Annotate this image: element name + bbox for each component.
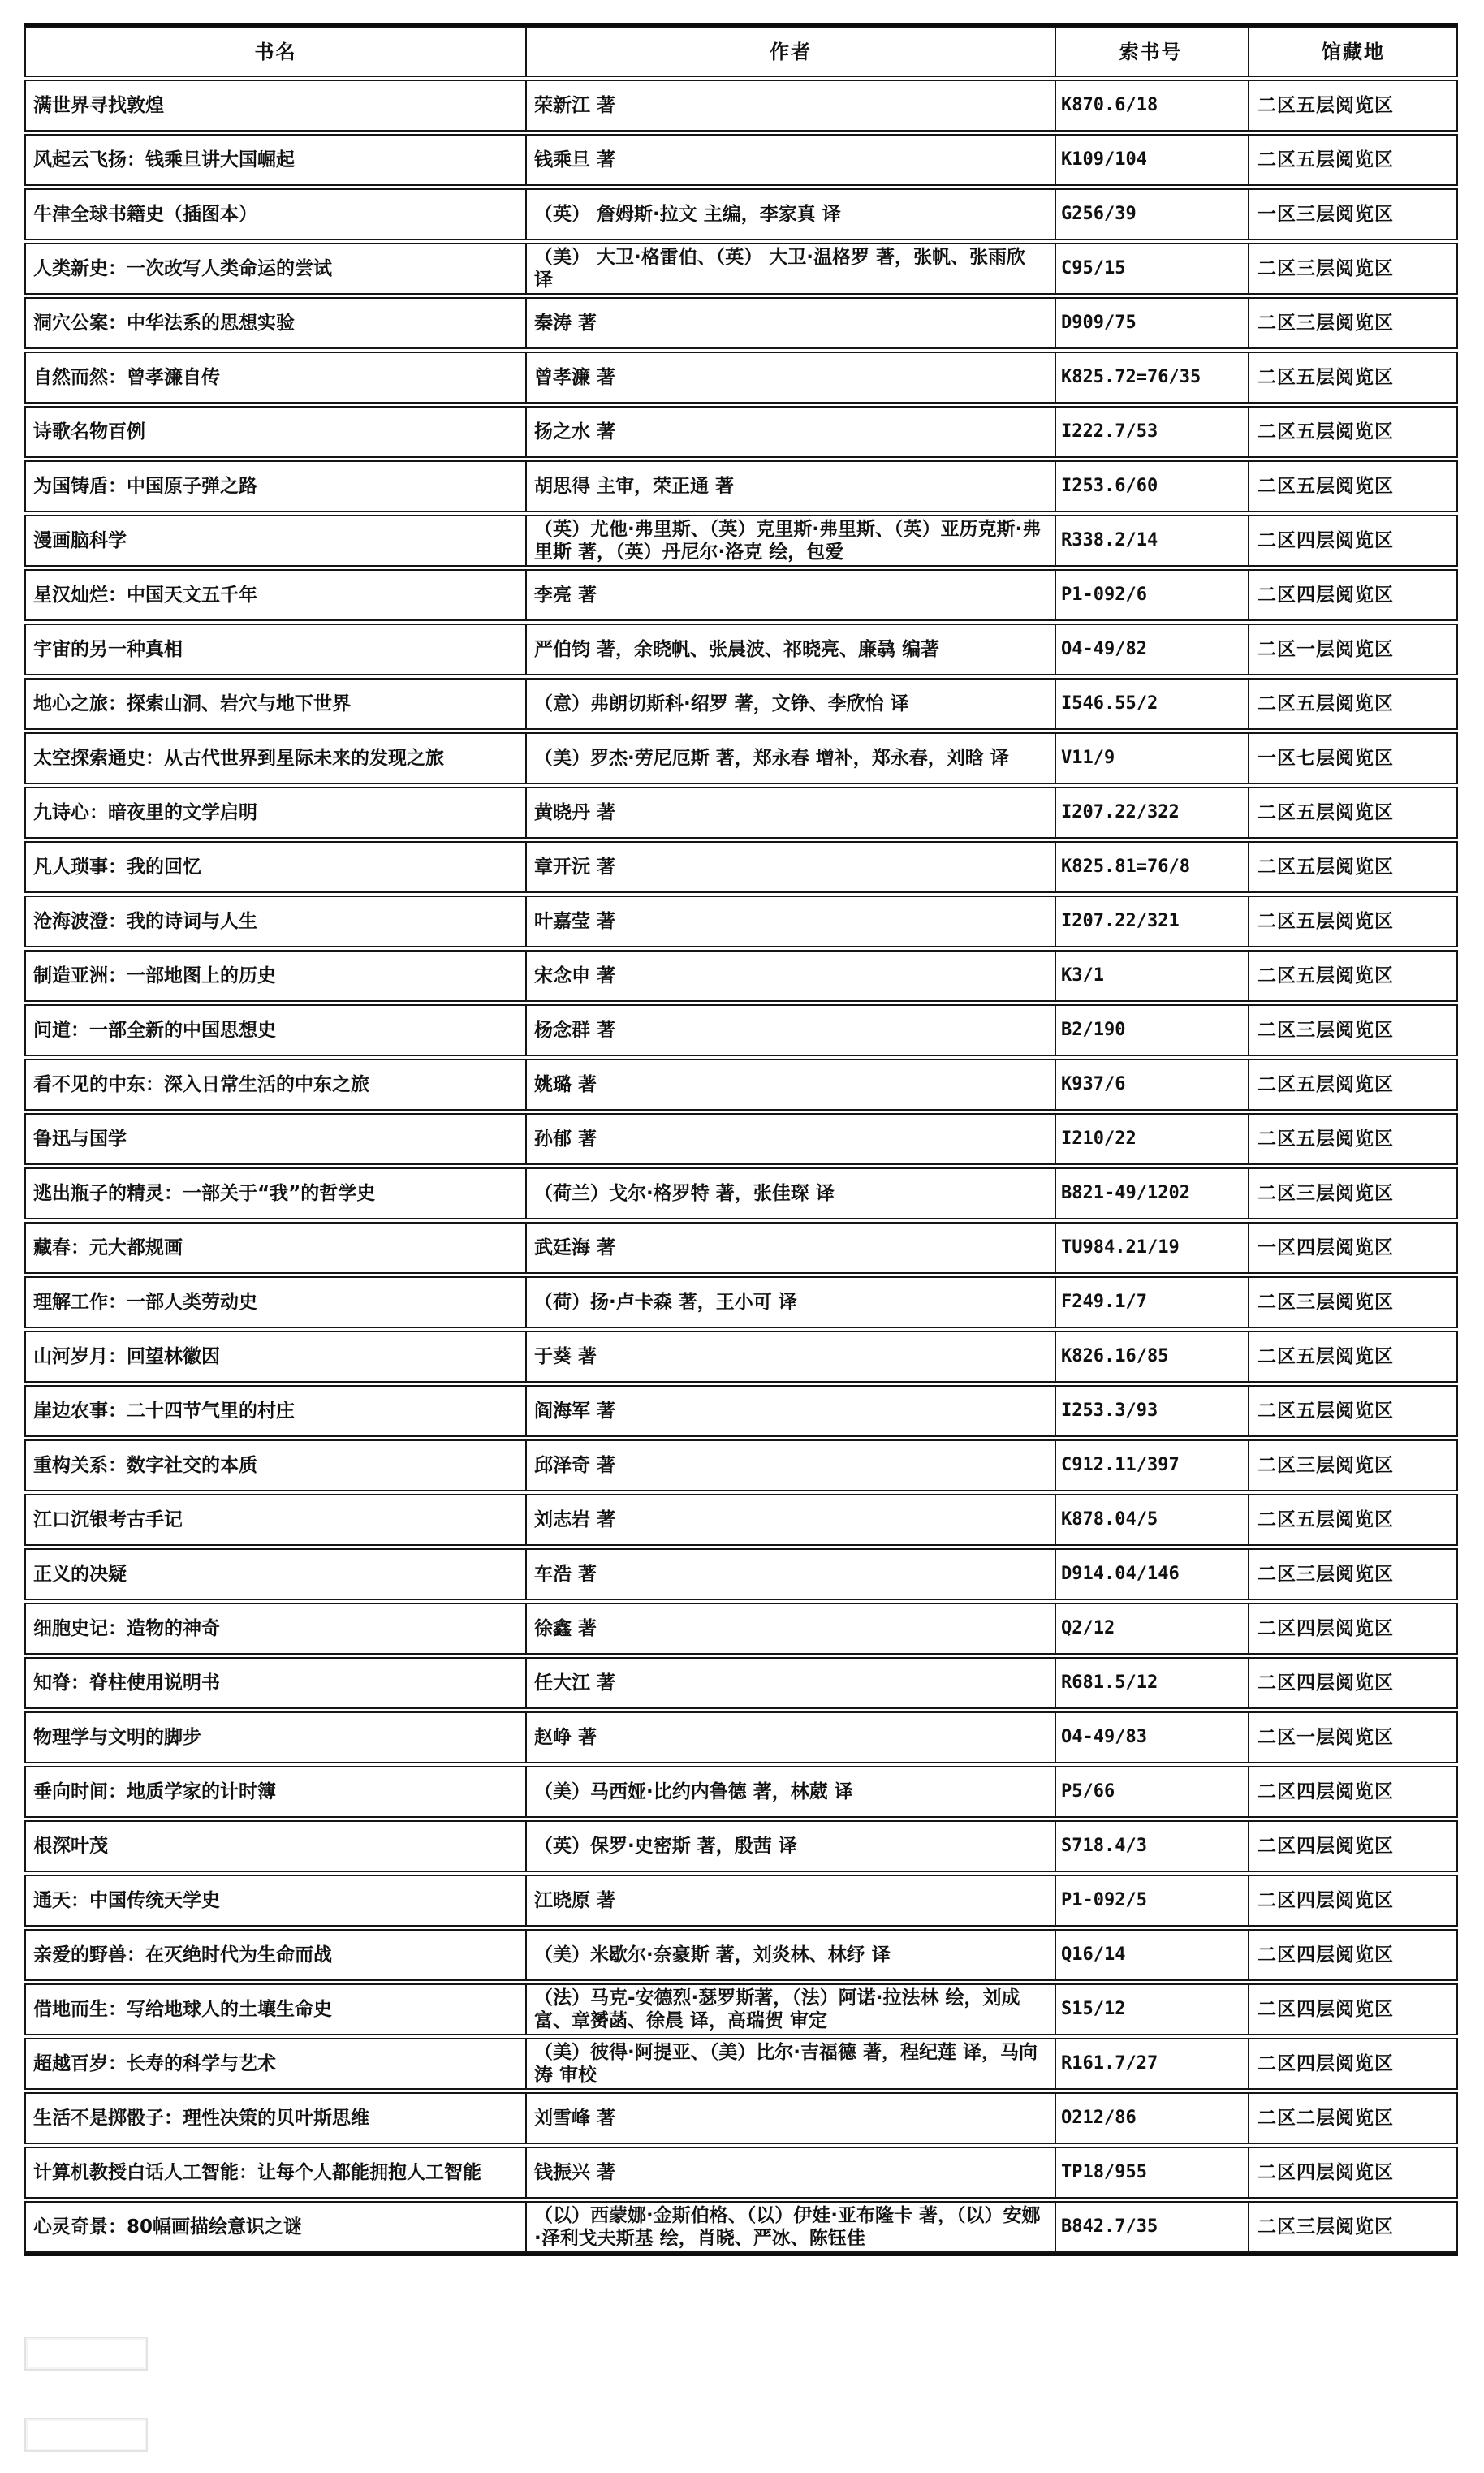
- location-cell: 二区一层阅览区: [1249, 1711, 1458, 1763]
- table-row: 崖边农事：二十四节气里的村庄阎海军 著I253.3/93二区五层阅览区: [24, 1385, 1458, 1437]
- table-row: 江口沉银考古手记刘志岩 著K878.04/5二区五层阅览区: [24, 1494, 1458, 1546]
- table-row: 太空探索通史：从古代世界到星际未来的发现之旅（美）罗杰·劳尼厄斯 著，郑永春 增…: [24, 732, 1458, 784]
- book-title-cell: 亲爱的野兽：在灭绝时代为生命而战: [24, 1929, 527, 1981]
- table-row: 九诗心：暗夜里的文学启明黄晓丹 著I207.22/322二区五层阅览区: [24, 787, 1458, 839]
- call-number-cell: C912.11/397: [1056, 1439, 1249, 1491]
- table-header-row: 书名 作者 索书号 馆藏地: [24, 27, 1458, 77]
- call-number-cell: I546.55/2: [1056, 678, 1249, 730]
- call-number-cell: R681.5/12: [1056, 1657, 1249, 1709]
- book-title-cell: 星汉灿烂：中国天文五千年: [24, 569, 527, 621]
- book-title-cell: 崖边农事：二十四节气里的村庄: [24, 1385, 527, 1437]
- table-row: 重构关系：数字社交的本质邱泽奇 著C912.11/397二区三层阅览区: [24, 1439, 1458, 1491]
- author-cell: （以）西蒙娜·金斯伯格、（以）伊娃·亚布隆卡 著，（以）安娜·泽利戈夫斯基 绘，…: [527, 2201, 1056, 2253]
- location-cell: 二区五层阅览区: [1249, 460, 1458, 512]
- call-number-cell: K826.16/85: [1056, 1331, 1249, 1383]
- location-cell: 二区四层阅览区: [1249, 1657, 1458, 1709]
- call-number-cell: D909/75: [1056, 297, 1249, 349]
- table-row: 亲爱的野兽：在灭绝时代为生命而战（美）米歇尔·奈豪斯 著，刘炎林、林纾 译Q16…: [24, 1929, 1458, 1981]
- author-cell: （美）罗杰·劳尼厄斯 著，郑永春 增补，郑永春，刘晗 译: [527, 732, 1056, 784]
- location-cell: 二区五层阅览区: [1249, 1113, 1458, 1165]
- call-number-cell: K870.6/18: [1056, 80, 1249, 132]
- location-cell: 二区五层阅览区: [1249, 352, 1458, 404]
- call-number-cell: I253.6/60: [1056, 460, 1249, 512]
- location-cell: 二区五层阅览区: [1249, 1494, 1458, 1546]
- call-number-cell: K825.81=76/8: [1056, 841, 1249, 893]
- location-cell: 二区五层阅览区: [1249, 406, 1458, 458]
- library-book-table: 书名 作者 索书号 馆藏地 满世界寻找敦煌荣新江 著K870.6/18二区五层阅…: [24, 23, 1458, 2256]
- call-number-cell: S15/12: [1056, 1983, 1249, 2035]
- book-title-cell: 漫画脑科学: [24, 515, 527, 567]
- location-cell: 二区五层阅览区: [1249, 1331, 1458, 1383]
- table-row: 自然而然：曾孝濂自传曾孝濂 著K825.72=76/35二区五层阅览区: [24, 352, 1458, 404]
- table-row: 人类新史：一次改写人类命运的尝试（美） 大卫·格雷伯、（英） 大卫·温格罗 著，…: [24, 243, 1458, 295]
- column-header-location: 馆藏地: [1249, 27, 1458, 77]
- book-title-cell: 诗歌名物百例: [24, 406, 527, 458]
- author-cell: 姚璐 著: [527, 1059, 1056, 1111]
- call-number-cell: R338.2/14: [1056, 515, 1249, 567]
- book-title-cell: 细胞史记：造物的神奇: [24, 1603, 527, 1655]
- book-title-cell: 江口沉银考古手记: [24, 1494, 527, 1546]
- call-number-cell: I222.7/53: [1056, 406, 1249, 458]
- call-number-cell: S718.4/3: [1056, 1820, 1249, 1872]
- call-number-cell: Q16/14: [1056, 1929, 1249, 1981]
- call-number-cell: C95/15: [1056, 243, 1249, 295]
- book-title-cell: 藏春：元大都规画: [24, 1222, 527, 1274]
- call-number-cell: B821-49/1202: [1056, 1167, 1249, 1219]
- book-title-cell: 山河岁月：回望林徽因: [24, 1331, 527, 1383]
- table-row: 正义的决疑车浩 著D914.04/146二区三层阅览区: [24, 1548, 1458, 1600]
- location-cell: 二区五层阅览区: [1249, 950, 1458, 1002]
- location-cell: 二区一层阅览区: [1249, 624, 1458, 675]
- author-cell: 严伯钧 著，余晓帆、张晨波、祁晓亮、廉骉 编著: [527, 624, 1056, 675]
- book-title-cell: 借地而生：写给地球人的土壤生命史: [24, 1983, 527, 2035]
- book-title-cell: 问道：一部全新的中国思想史: [24, 1004, 527, 1056]
- author-cell: 李亮 著: [527, 569, 1056, 621]
- author-cell: 叶嘉莹 著: [527, 896, 1056, 947]
- book-title-cell: 物理学与文明的脚步: [24, 1711, 527, 1763]
- book-title-cell: 满世界寻找敦煌: [24, 80, 527, 132]
- book-title-cell: 正义的决疑: [24, 1548, 527, 1600]
- author-cell: 车浩 著: [527, 1548, 1056, 1600]
- location-cell: 二区三层阅览区: [1249, 297, 1458, 349]
- empty-placeholder-box-top: [24, 2337, 148, 2371]
- call-number-cell: F249.1/7: [1056, 1276, 1249, 1328]
- author-cell: 章开沅 著: [527, 841, 1056, 893]
- call-number-cell: I207.22/322: [1056, 787, 1249, 839]
- call-number-cell: I253.3/93: [1056, 1385, 1249, 1437]
- book-title-cell: 重构关系：数字社交的本质: [24, 1439, 527, 1491]
- location-cell: 二区三层阅览区: [1249, 2201, 1458, 2253]
- call-number-cell: K937/6: [1056, 1059, 1249, 1111]
- location-cell: 二区四层阅览区: [1249, 1929, 1458, 1981]
- author-cell: 于葵 著: [527, 1331, 1056, 1383]
- author-cell: 孙郁 著: [527, 1113, 1056, 1165]
- table-row: 诗歌名物百例扬之水 著I222.7/53二区五层阅览区: [24, 406, 1458, 458]
- author-cell: 刘雪峰 著: [527, 2092, 1056, 2144]
- call-number-cell: I207.22/321: [1056, 896, 1249, 947]
- author-cell: （荷兰）戈尔·格罗特 著，张佳琛 译: [527, 1167, 1056, 1219]
- book-title-cell: 超越百岁：长寿的科学与艺术: [24, 2038, 527, 2090]
- author-cell: （英）保罗·史密斯 著，殷茜 译: [527, 1820, 1056, 1872]
- author-cell: 阎海军 著: [527, 1385, 1056, 1437]
- call-number-cell: P1-092/5: [1056, 1875, 1249, 1927]
- column-header-title: 书名: [24, 27, 527, 77]
- table-row: 问道：一部全新的中国思想史杨念群 著B2/190二区三层阅览区: [24, 1004, 1458, 1056]
- table-row: 洞穴公案：中华法系的思想实验秦涛 著D909/75二区三层阅览区: [24, 297, 1458, 349]
- author-cell: （荷）扬·卢卡森 著，王小可 译: [527, 1276, 1056, 1328]
- author-cell: （美） 大卫·格雷伯、（英） 大卫·温格罗 著，张帆、张雨欣 译: [527, 243, 1056, 295]
- book-title-cell: 制造亚洲：一部地图上的历史: [24, 950, 527, 1002]
- call-number-cell: K109/104: [1056, 134, 1249, 186]
- location-cell: 二区四层阅览区: [1249, 1766, 1458, 1818]
- author-cell: 胡思得 主审，荣正通 著: [527, 460, 1056, 512]
- table-row: 凡人琐事：我的回忆章开沅 著K825.81=76/8二区五层阅览区: [24, 841, 1458, 893]
- call-number-cell: O4-49/82: [1056, 624, 1249, 675]
- table-row: 生活不是掷骰子：理性决策的贝叶斯思维刘雪峰 著O212/86二区二层阅览区: [24, 2092, 1458, 2144]
- table-row: 根深叶茂（英）保罗·史密斯 著，殷茜 译S718.4/3二区四层阅览区: [24, 1820, 1458, 1872]
- location-cell: 二区四层阅览区: [1249, 1875, 1458, 1927]
- book-title-cell: 九诗心：暗夜里的文学启明: [24, 787, 527, 839]
- book-title-cell: 生活不是掷骰子：理性决策的贝叶斯思维: [24, 2092, 527, 2144]
- location-cell: 二区四层阅览区: [1249, 1983, 1458, 2035]
- table-row: 满世界寻找敦煌荣新江 著K870.6/18二区五层阅览区: [24, 80, 1458, 132]
- location-cell: 二区五层阅览区: [1249, 896, 1458, 947]
- call-number-cell: D914.04/146: [1056, 1548, 1249, 1600]
- location-cell: 二区五层阅览区: [1249, 841, 1458, 893]
- table-row: 垂向时间：地质学家的计时簿（美）马西娅·比约内鲁德 著，林葳 译P5/66二区四…: [24, 1766, 1458, 1818]
- location-cell: 一区四层阅览区: [1249, 1222, 1458, 1274]
- table-row: 超越百岁：长寿的科学与艺术（美）彼得·阿提亚、（美）比尔·吉福德 著，程纪莲 译…: [24, 2038, 1458, 2090]
- location-cell: 二区五层阅览区: [1249, 678, 1458, 730]
- call-number-cell: Q2/12: [1056, 1603, 1249, 1655]
- table-row: 细胞史记：造物的神奇徐鑫 著Q2/12二区四层阅览区: [24, 1603, 1458, 1655]
- book-title-cell: 理解工作：一部人类劳动史: [24, 1276, 527, 1328]
- location-cell: 二区五层阅览区: [1249, 80, 1458, 132]
- author-cell: （美）彼得·阿提亚、（美）比尔·吉福德 著，程纪莲 译，马向涛 审校: [527, 2038, 1056, 2090]
- book-title-cell: 凡人琐事：我的回忆: [24, 841, 527, 893]
- book-title-cell: 人类新史：一次改写人类命运的尝试: [24, 243, 527, 295]
- author-cell: 黄晓丹 著: [527, 787, 1056, 839]
- author-cell: 曾孝濂 著: [527, 352, 1056, 404]
- book-title-cell: 牛津全球书籍史（插图本）: [24, 188, 527, 240]
- book-title-cell: 鲁迅与国学: [24, 1113, 527, 1165]
- location-cell: 二区四层阅览区: [1249, 2147, 1458, 2199]
- table-row: 知脊：脊柱使用说明书任大江 著R681.5/12二区四层阅览区: [24, 1657, 1458, 1709]
- column-header-call-number: 索书号: [1056, 27, 1249, 77]
- table-row: 宇宙的另一种真相严伯钧 著，余晓帆、张晨波、祁晓亮、廉骉 编著O4-49/82二…: [24, 624, 1458, 675]
- book-title-cell: 计算机教授白话人工智能：让每个人都能拥抱人工智能: [24, 2147, 527, 2199]
- table-row: 风起云飞扬：钱乘旦讲大国崛起钱乘旦 著K109/104二区五层阅览区: [24, 134, 1458, 186]
- table-row: 借地而生：写给地球人的土壤生命史（法）马克-安德烈·瑟罗斯著，（法）阿诺·拉法林…: [24, 1983, 1458, 2035]
- book-title-cell: 逃出瓶子的精灵：一部关于“我”的哲学史: [24, 1167, 527, 1219]
- author-cell: （英）尤他·弗里斯、（英）克里斯·弗里斯、（英）亚历克斯·弗里斯 著，（英）丹尼…: [527, 515, 1056, 567]
- author-cell: 刘志岩 著: [527, 1494, 1056, 1546]
- call-number-cell: TU984.21/19: [1056, 1222, 1249, 1274]
- author-cell: 钱振兴 著: [527, 2147, 1056, 2199]
- table-row: 为国铸盾：中国原子弹之路胡思得 主审，荣正通 著I253.6/60二区五层阅览区: [24, 460, 1458, 512]
- call-number-cell: B2/190: [1056, 1004, 1249, 1056]
- author-cell: （法）马克-安德烈·瑟罗斯著，（法）阿诺·拉法林 绘，刘成富、章赟菡、徐晨 译，…: [527, 1983, 1056, 2035]
- location-cell: 二区四层阅览区: [1249, 515, 1458, 567]
- table-row: 物理学与文明的脚步赵峥 著O4-49/83二区一层阅览区: [24, 1711, 1458, 1763]
- location-cell: 一区七层阅览区: [1249, 732, 1458, 784]
- call-number-cell: B842.7/35: [1056, 2201, 1249, 2253]
- location-cell: 二区三层阅览区: [1249, 1276, 1458, 1328]
- book-title-cell: 自然而然：曾孝濂自传: [24, 352, 527, 404]
- location-cell: 二区四层阅览区: [1249, 1603, 1458, 1655]
- location-cell: 二区三层阅览区: [1249, 1167, 1458, 1219]
- table-row: 藏春：元大都规画武廷海 著TU984.21/19一区四层阅览区: [24, 1222, 1458, 1274]
- location-cell: 二区四层阅览区: [1249, 1820, 1458, 1872]
- call-number-cell: R161.7/27: [1056, 2038, 1249, 2090]
- table-row: 山河岁月：回望林徽因于葵 著K826.16/85二区五层阅览区: [24, 1331, 1458, 1383]
- location-cell: 二区二层阅览区: [1249, 2092, 1458, 2144]
- author-cell: （意）弗朗切斯科·绍罗 著，文铮、李欣怡 译: [527, 678, 1056, 730]
- author-cell: （英） 詹姆斯·拉文 主编，李家真 译: [527, 188, 1056, 240]
- table-row: 鲁迅与国学孙郁 著I210/22二区五层阅览区: [24, 1113, 1458, 1165]
- call-number-cell: K878.04/5: [1056, 1494, 1249, 1546]
- call-number-cell: P1-092/6: [1056, 569, 1249, 621]
- call-number-cell: TP18/955: [1056, 2147, 1249, 2199]
- location-cell: 二区三层阅览区: [1249, 243, 1458, 295]
- author-cell: 扬之水 著: [527, 406, 1056, 458]
- book-title-cell: 心灵奇景：80幅画描绘意识之谜: [24, 2201, 527, 2253]
- author-cell: 赵峥 著: [527, 1711, 1056, 1763]
- call-number-cell: V11/9: [1056, 732, 1249, 784]
- book-title-cell: 通天：中国传统天学史: [24, 1875, 527, 1927]
- call-number-cell: I210/22: [1056, 1113, 1249, 1165]
- author-cell: 钱乘旦 著: [527, 134, 1056, 186]
- location-cell: 二区三层阅览区: [1249, 1004, 1458, 1056]
- table-row: 地心之旅：探索山洞、岩穴与地下世界（意）弗朗切斯科·绍罗 著，文铮、李欣怡 译I…: [24, 678, 1458, 730]
- location-cell: 二区四层阅览区: [1249, 2038, 1458, 2090]
- author-cell: 邱泽奇 著: [527, 1439, 1056, 1491]
- location-cell: 二区五层阅览区: [1249, 1385, 1458, 1437]
- book-title-cell: 太空探索通史：从古代世界到星际未来的发现之旅: [24, 732, 527, 784]
- table-row: 牛津全球书籍史（插图本）（英） 詹姆斯·拉文 主编，李家真 译G256/39一区…: [24, 188, 1458, 240]
- author-cell: 秦涛 著: [527, 297, 1056, 349]
- book-title-cell: 看不见的中东：深入日常生活的中东之旅: [24, 1059, 527, 1111]
- table-row: 逃出瓶子的精灵：一部关于“我”的哲学史（荷兰）戈尔·格罗特 著，张佳琛 译B82…: [24, 1167, 1458, 1219]
- author-cell: 宋念申 著: [527, 950, 1056, 1002]
- table-row: 星汉灿烂：中国天文五千年李亮 著P1-092/6二区四层阅览区: [24, 569, 1458, 621]
- book-title-cell: 垂向时间：地质学家的计时簿: [24, 1766, 527, 1818]
- call-number-cell: P5/66: [1056, 1766, 1249, 1818]
- location-cell: 一区三层阅览区: [1249, 188, 1458, 240]
- table-row: 沧海波澄：我的诗词与人生叶嘉莹 著I207.22/321二区五层阅览区: [24, 896, 1458, 947]
- book-title-cell: 宇宙的另一种真相: [24, 624, 527, 675]
- book-title-cell: 地心之旅：探索山洞、岩穴与地下世界: [24, 678, 527, 730]
- call-number-cell: K3/1: [1056, 950, 1249, 1002]
- empty-placeholder-box-bottom: [24, 2418, 148, 2452]
- table-row: 心灵奇景：80幅画描绘意识之谜（以）西蒙娜·金斯伯格、（以）伊娃·亚布隆卡 著，…: [24, 2201, 1458, 2253]
- location-cell: 二区五层阅览区: [1249, 787, 1458, 839]
- author-cell: 江晓原 著: [527, 1875, 1056, 1927]
- author-cell: 杨念群 著: [527, 1004, 1056, 1056]
- table-row: 通天：中国传统天学史江晓原 著P1-092/5二区四层阅览区: [24, 1875, 1458, 1927]
- call-number-cell: K825.72=76/35: [1056, 352, 1249, 404]
- table-row: 看不见的中东：深入日常生活的中东之旅姚璐 著K937/6二区五层阅览区: [24, 1059, 1458, 1111]
- location-cell: 二区五层阅览区: [1249, 134, 1458, 186]
- location-cell: 二区四层阅览区: [1249, 569, 1458, 621]
- author-cell: 任大江 著: [527, 1657, 1056, 1709]
- author-cell: （美）马西娅·比约内鲁德 著，林葳 译: [527, 1766, 1056, 1818]
- table-row: 计算机教授白话人工智能：让每个人都能拥抱人工智能钱振兴 著TP18/955二区四…: [24, 2147, 1458, 2199]
- book-title-cell: 风起云飞扬：钱乘旦讲大国崛起: [24, 134, 527, 186]
- location-cell: 二区三层阅览区: [1249, 1439, 1458, 1491]
- author-cell: 武廷海 著: [527, 1222, 1056, 1274]
- author-cell: 徐鑫 著: [527, 1603, 1056, 1655]
- book-title-cell: 为国铸盾：中国原子弹之路: [24, 460, 527, 512]
- book-title-cell: 洞穴公案：中华法系的思想实验: [24, 297, 527, 349]
- author-cell: 荣新江 著: [527, 80, 1056, 132]
- table-row: 漫画脑科学（英）尤他·弗里斯、（英）克里斯·弗里斯、（英）亚历克斯·弗里斯 著，…: [24, 515, 1458, 567]
- book-title-cell: 根深叶茂: [24, 1820, 527, 1872]
- call-number-cell: O212/86: [1056, 2092, 1249, 2144]
- call-number-cell: G256/39: [1056, 188, 1249, 240]
- author-cell: （美）米歇尔·奈豪斯 著，刘炎林、林纾 译: [527, 1929, 1056, 1981]
- call-number-cell: O4-49/83: [1056, 1711, 1249, 1763]
- location-cell: 二区五层阅览区: [1249, 1059, 1458, 1111]
- table-row: 制造亚洲：一部地图上的历史宋念申 著K3/1二区五层阅览区: [24, 950, 1458, 1002]
- location-cell: 二区三层阅览区: [1249, 1548, 1458, 1600]
- book-title-cell: 知脊：脊柱使用说明书: [24, 1657, 527, 1709]
- column-header-author: 作者: [527, 27, 1056, 77]
- table-row: 理解工作：一部人类劳动史（荷）扬·卢卡森 著，王小可 译F249.1/7二区三层…: [24, 1276, 1458, 1328]
- book-title-cell: 沧海波澄：我的诗词与人生: [24, 896, 527, 947]
